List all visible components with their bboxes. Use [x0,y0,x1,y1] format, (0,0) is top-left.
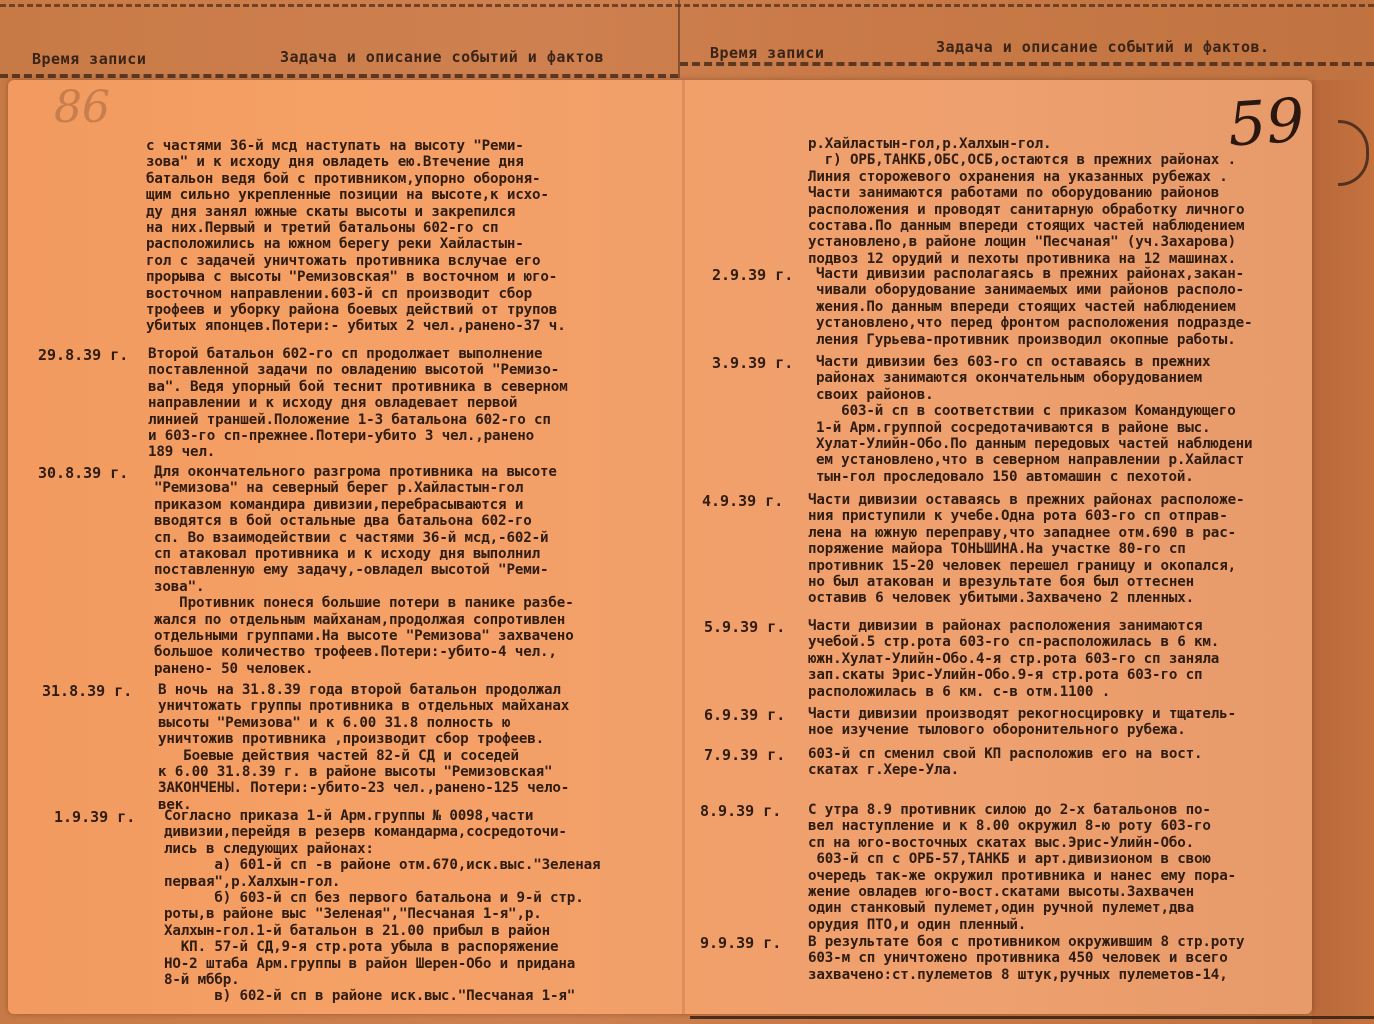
entry-text: Части дивизии производят рекогносцировку… [808,706,1236,739]
entry-text: Части дивизии в районах расположения зан… [808,618,1219,700]
entry-text: В ночь на 31.8.39 года второй батальон п… [158,682,569,813]
bottom-border [690,1016,1374,1019]
header-time-label: Время записи [32,50,146,68]
column-divider [678,0,680,78]
entry-text: С утра 8.9 противник силою до 2-х баталь… [808,802,1236,933]
entry-text: Части дивизии без 603-го сп оставаясь в … [816,354,1252,485]
entry-date: 4.9.39 г. [702,492,783,510]
entry-text: Части дивизии располагаясь в прежних рай… [816,266,1252,348]
entry-date: 29.8.39 г. [38,346,128,364]
entry-text: с частями 36-й мсд наступать на высоту "… [146,138,566,335]
entry-date: 3.9.39 г. [712,354,793,372]
entry-text: Для окончательного разгрома противника н… [154,464,574,677]
entry-text: 603-й сп сменил свой КП расположив его н… [808,746,1202,779]
entry-text: р.Хайластын-гол,р.Халхын-гол. г) ОРБ,ТАН… [808,136,1244,267]
entry-date: 1.9.39 г. [54,808,135,826]
entry-date: 9.9.39 г. [700,934,781,952]
header-time-label: Время записи [710,44,824,62]
entry-date: 6.9.39 г. [704,706,785,724]
header-right: Время записи Задача и описание событий и… [680,34,1374,74]
page-fold [682,80,685,1014]
header-left: Время записи Задача и описание событий и… [0,34,680,74]
entry-date: 30.8.39 г. [38,464,128,482]
entry-date: 7.9.39 г. [704,746,785,764]
header-divider-right [680,62,1374,66]
entry-date: 8.9.39 г. [700,802,781,820]
entry-text: В результате боя с противником окруживши… [808,934,1244,983]
entry-text: Части дивизии оставаясь в прежних района… [808,492,1244,607]
entry-text: Второй батальон 602-го сп продолжает вып… [148,346,568,461]
header-task-label: Задача и описание событий и фактов [280,48,604,66]
top-border [0,0,1374,7]
entry-date: 2.9.39 г. [712,266,793,284]
page-edge [1312,80,1374,1024]
faint-page-mark: 86 [54,82,110,133]
entry-date: 5.9.39 г. [704,618,785,636]
entry-date: 31.8.39 г. [42,682,132,700]
entry-text: Согласно приказа 1-й Арм.группы № 0098,ч… [164,808,600,1005]
header-divider-left [0,74,678,78]
header-task-label: Задача и описание событий и фактов. [936,38,1270,56]
